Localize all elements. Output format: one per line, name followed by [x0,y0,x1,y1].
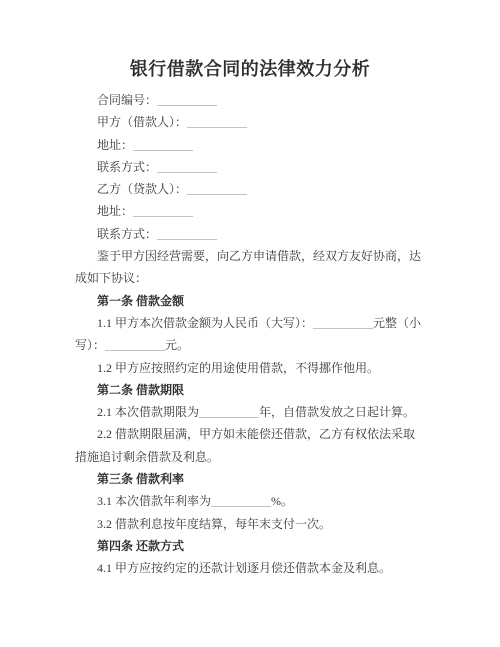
blank-line: __________ [157,93,217,107]
field-label: 合同编号： [97,93,157,107]
blank-line: __________ [105,338,165,352]
field-party-a: 甲方（借款人）：__________ [75,111,425,133]
section-2-heading: 第二条 借款期限 [75,379,425,401]
clause-text: 1.1 甲方本次借款金额为人民币（大写）： [97,316,313,330]
field-label: 联系方式： [97,227,157,241]
field-label: 联系方式： [97,160,157,174]
clause-2-2: 2.2 借款期限届满，甲方如未能偿还借款，乙方有权依法采取措施追讨剩余借款及利息… [75,423,425,468]
blank-line: __________ [133,204,193,218]
clause-3-2: 3.2 借款利息按年度结算，每年末支付一次。 [75,513,425,535]
field-label: 甲方（借款人）： [97,115,187,129]
clause-1-1: 1.1 甲方本次借款金额为人民币（大写）：__________元整（小写）：__… [75,312,425,357]
clause-4-1: 4.1 甲方应按约定的还款计划逐月偿还借款本金及利息。 [75,557,425,579]
field-label: 地址： [97,138,133,152]
field-label: 乙方（贷款人）： [97,182,187,196]
section-4-heading: 第四条 还款方式 [75,535,425,557]
clause-text: 3.1 本次借款年利率为 [97,494,211,508]
document-page: 银行借款合同的法律效力分析 合同编号：__________ 甲方（借款人）：__… [0,0,500,647]
field-label: 地址： [97,204,133,218]
clause-3-1: 3.1 本次借款年利率为__________%。 [75,490,425,512]
clause-2-1: 2.1 本次借款期限为__________年，自借款发放之日起计算。 [75,401,425,423]
blank-line: __________ [211,494,271,508]
clause-text: 元。 [165,338,189,352]
blank-line: __________ [157,227,217,241]
field-party-b-address: 地址：__________ [75,200,425,222]
blank-line: __________ [133,138,193,152]
field-party-a-contact: 联系方式：__________ [75,156,425,178]
preamble: 鉴于甲方因经营需要，向乙方申请借款，经双方友好协商，达成如下协议： [75,245,425,290]
field-party-b: 乙方（贷款人）：__________ [75,178,425,200]
blank-line: __________ [157,160,217,174]
clause-text: 年，自借款发放之日起计算。 [259,405,415,419]
clause-text: 2.1 本次借款期限为 [97,405,199,419]
document-title: 银行借款合同的法律效力分析 [0,0,500,82]
section-1-heading: 第一条 借款金额 [75,290,425,312]
clause-text: %。 [271,494,293,508]
document-body: 合同编号：__________ 甲方（借款人）：__________ 地址：__… [75,89,425,580]
clause-1-2: 1.2 甲方应按照约定的用途使用借款，不得挪作他用。 [75,357,425,379]
blank-line: __________ [313,316,373,330]
field-party-b-contact: 联系方式：__________ [75,223,425,245]
blank-line: __________ [187,182,247,196]
blank-line: __________ [199,405,259,419]
field-contract-number: 合同编号：__________ [75,89,425,111]
section-3-heading: 第三条 借款利率 [75,468,425,490]
field-party-a-address: 地址：__________ [75,134,425,156]
blank-line: __________ [187,115,247,129]
